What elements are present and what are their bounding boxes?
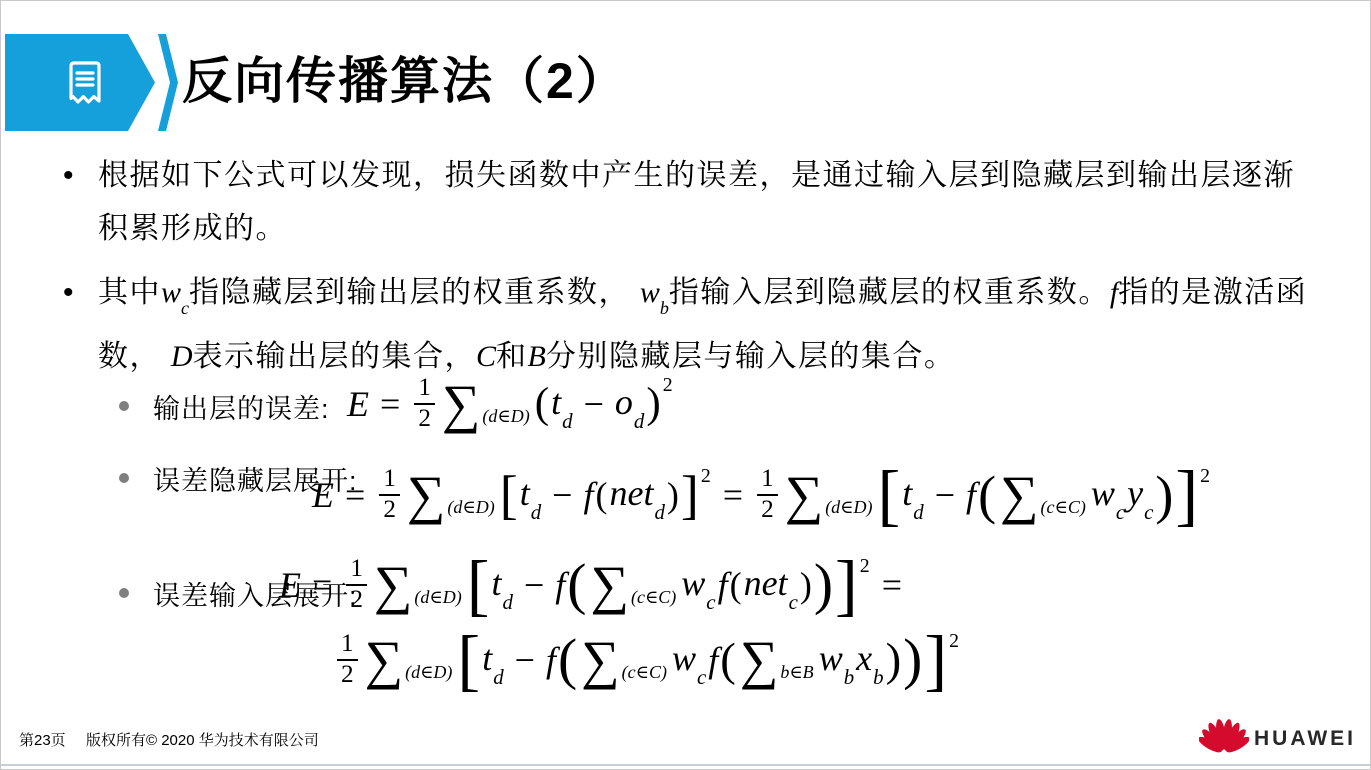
- huawei-wordmark: HUAWEI: [1254, 727, 1356, 751]
- huawei-flower-icon: [1199, 711, 1249, 755]
- bullet-dot: •: [61, 149, 98, 202]
- page-title: 反向传播算法（2）: [182, 52, 628, 110]
- sub-bullet-dot: [119, 401, 129, 411]
- sub-bullet-label: 输出层的误差:: [153, 387, 330, 426]
- bullet-text-1: 根据如下公式可以发现，损失函数中产生的误差，是通过输入层到隐藏层到输出层逐渐积累…: [98, 149, 1316, 255]
- sub-bullet-dot: [119, 473, 129, 483]
- formula-output-error: E=12∑(d∈D)(td−od)2: [346, 374, 675, 434]
- bullet-dot: •: [61, 266, 98, 319]
- bullet-item-2: • 其中wc指隐藏层到输出层的权重系数， wb指输入层到隐藏层的权重系数。f指的…: [61, 266, 1316, 383]
- bullet-item-1: • 根据如下公式可以发现，损失函数中产生的误差，是通过输入层到隐藏层到输出层逐渐…: [61, 149, 1316, 255]
- bottom-rule: [1, 764, 1370, 766]
- sub-bullet-dot: [119, 588, 129, 598]
- slide: 反向传播算法（2） • 根据如下公式可以发现，损失函数中产生的误差，是通过输入层…: [0, 0, 1371, 770]
- page-number: 第23页: [19, 731, 66, 751]
- notes-icon: [63, 44, 107, 124]
- formula-input-expand-line2: 12∑(d∈D)[td−f(∑(c∈C)wcf(∑b∈Bwbxb))]2: [333, 630, 961, 690]
- formula-input-expand-line1: E=12∑(d∈D)[td−f(∑(c∈C)wcf(netc))]2=: [278, 555, 912, 615]
- formula-hidden-expand: E=12∑(d∈D)[td−f(netd)]2=12∑(d∈D)[td−f(∑(…: [311, 465, 1212, 525]
- copyright: 版权所有© 2020 华为技术有限公司: [86, 731, 319, 751]
- bullet-text-2: 其中wc指隐藏层到输出层的权重系数， wb指输入层到隐藏层的权重系数。f指的是激…: [98, 266, 1316, 383]
- banner-chevron-icon: [158, 34, 178, 131]
- section-banner: [5, 34, 155, 131]
- sub-bullet-output-error: 输出层的误差:: [119, 390, 330, 422]
